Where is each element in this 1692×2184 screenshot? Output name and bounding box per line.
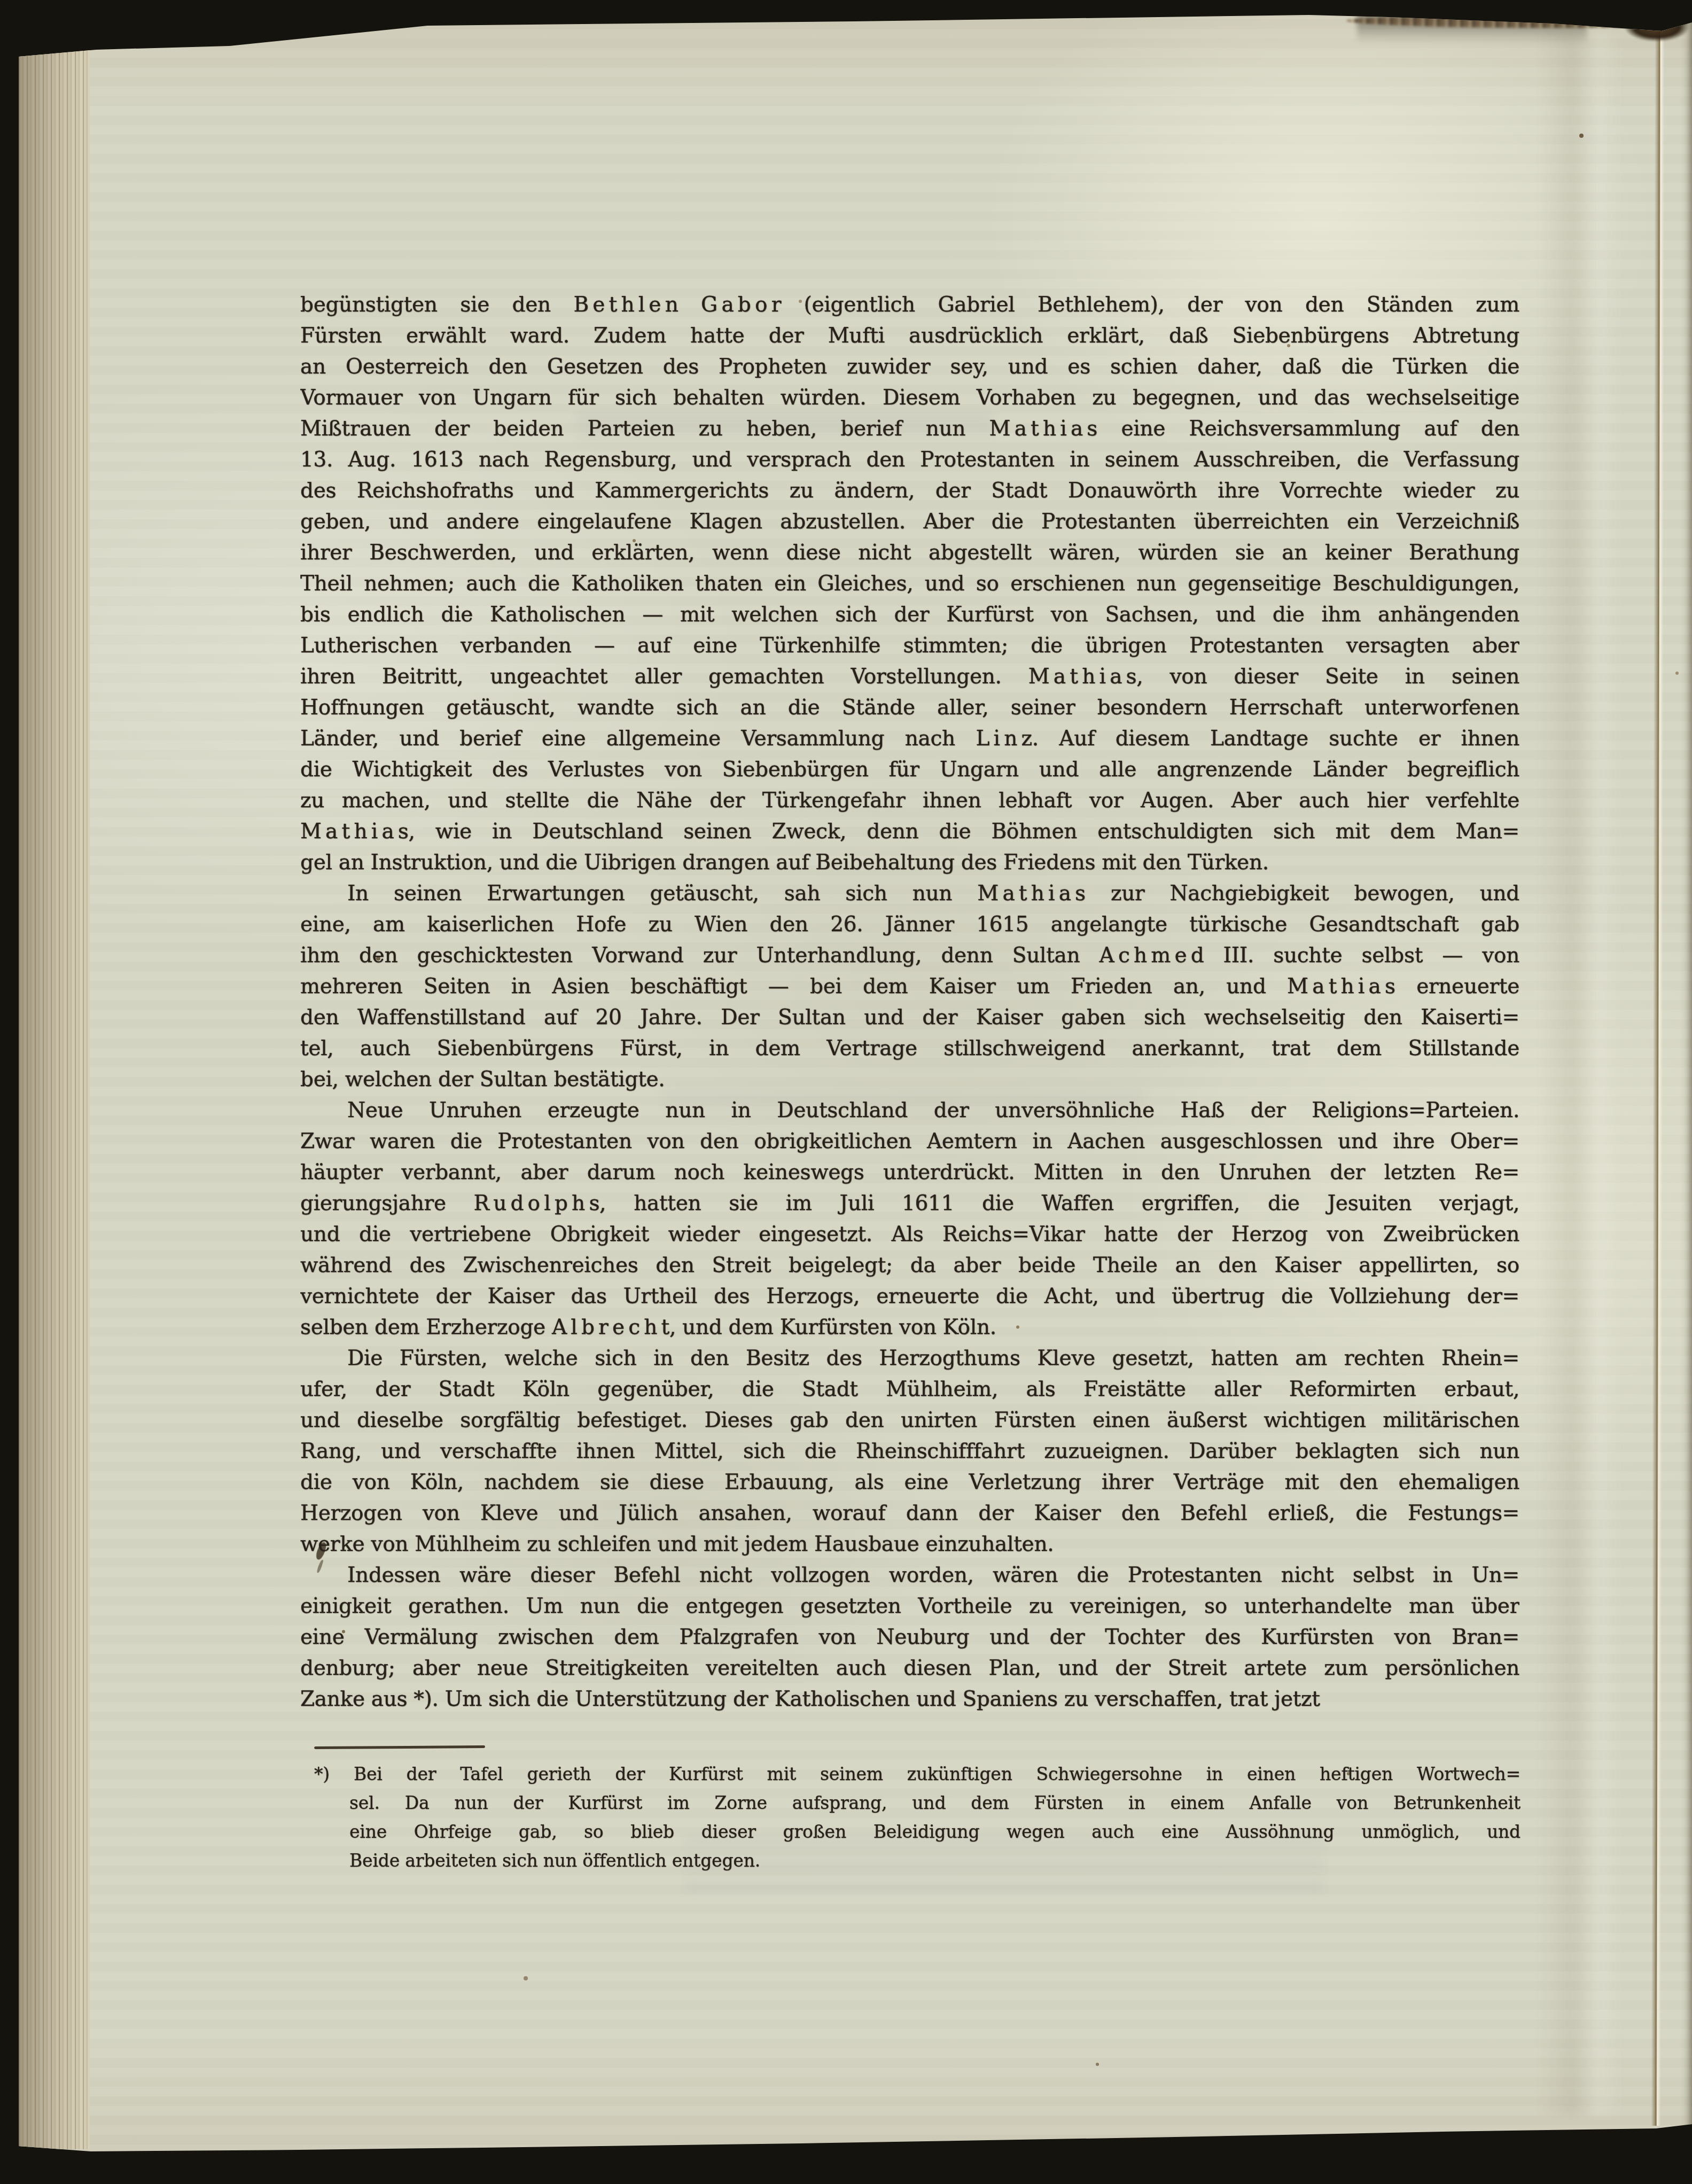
text-block: begünstigten sie den B e t h l e n G a b… [300, 290, 1519, 1715]
scanned-book-photo: begünstigten sie den B e t h l e n G a b… [0, 0, 1692, 2184]
paper-fold-shading [1539, 32, 1624, 2116]
text-line: Herzogen von Kleve und Jülich ansahen, w… [300, 1498, 1519, 1529]
text-line: ihrer Beschwerden, und erklärten, wenn d… [300, 537, 1519, 568]
paper-specks [0, 0, 2, 2]
text-line: tel, auch Siebenbürgens Fürst, in dem Ve… [300, 1033, 1519, 1064]
footnote-separator [314, 1745, 485, 1749]
text-line: vernichtete der Kaiser das Urtheil des H… [300, 1281, 1519, 1312]
text-line: Mißtrauen der beiden Parteien zu heben, … [300, 414, 1519, 444]
book-page: begünstigten sie den B e t h l e n G a b… [0, 0, 1692, 2184]
footnote-line: Beide arbeiteten sich nun öffentlich ent… [314, 1846, 1521, 1875]
text-line: und die vertriebene Obrigkeit wieder ein… [300, 1219, 1519, 1250]
text-line: 13. Aug. 1613 nach Regensburg, und versp… [300, 444, 1519, 475]
text-line: bis endlich die Katholischen — mit welch… [300, 599, 1519, 630]
paragraph: In seinen Erwartungen getäuscht, sah sic… [300, 878, 1519, 1095]
text-line: werke von Mühlheim zu schleifen und mit … [300, 1529, 1519, 1560]
text-line: geben, und andere eingelaufene Klagen ab… [300, 506, 1519, 537]
text-line: an Oesterreich den Gesetzen des Prophete… [300, 352, 1519, 383]
paragraph: Die Fürsten, welche sich in den Besitz d… [300, 1343, 1519, 1560]
text-line: begünstigten sie den B e t h l e n G a b… [300, 290, 1519, 321]
binding-corner-clump [1624, 13, 1689, 42]
text-line: gel an Instruktion, und die Uibrigen dra… [300, 847, 1519, 878]
text-line: Zanke aus *). Um sich die Unterstützung … [300, 1684, 1519, 1715]
text-line: bei, welchen der Sultan bestätigte. [300, 1064, 1519, 1095]
footnote-line: eine Ohrfeige gab, so blieb dieser große… [314, 1818, 1521, 1846]
text-line: die von Köln, nachdem sie diese Erbauung… [300, 1467, 1519, 1498]
footnote-line: *) Bei der Tafel gerieth der Kurfürst mi… [314, 1760, 1521, 1789]
text-line: denburg; aber neue Streitigkeiten vereit… [300, 1653, 1519, 1684]
text-line: einigkeit gerathen. Um nun die entgegen … [300, 1591, 1519, 1622]
page-edge-stack [19, 47, 90, 2149]
text-line: Lutherischen verbanden — auf eine Türken… [300, 630, 1519, 661]
text-line: Hoffnungen getäuscht, wandte sich an die… [300, 692, 1519, 723]
text-line: selben dem Erzherzoge A l b r e c h t, u… [300, 1312, 1519, 1343]
text-line: und dieselbe sorgfältig befestiget. Dies… [300, 1405, 1519, 1436]
footnote-block: *) Bei der Tafel gerieth der Kurfürst mi… [314, 1760, 1521, 1875]
text-line: Zwar waren die Protestanten von den obri… [300, 1126, 1519, 1157]
page-crease [1651, 29, 1665, 2126]
text-line: eine Vermälung zwischen dem Pfalzgrafen … [300, 1622, 1519, 1653]
text-line: In seinen Erwartungen getäuscht, sah sic… [300, 878, 1519, 909]
paragraph: begünstigten sie den B e t h l e n G a b… [300, 290, 1519, 878]
text-line: Neue Unruhen erzeugte nun in Deutschland… [300, 1095, 1519, 1126]
footnote-lines: *) Bei der Tafel gerieth der Kurfürst mi… [314, 1760, 1521, 1875]
paragraph: Neue Unruhen erzeugte nun in Deutschland… [300, 1095, 1519, 1343]
text-line: häupter verbannt, aber darum noch keines… [300, 1157, 1519, 1188]
text-line: eine, am kaiserlichen Hofe zu Wien den 2… [300, 909, 1519, 940]
text-line: ihm den geschicktesten Vorwand zur Unter… [300, 940, 1519, 971]
text-line: Fürsten erwählt ward. Zudem hatte der Mu… [300, 321, 1519, 352]
text-line: Vormauer von Ungarn für sich behalten wü… [300, 383, 1519, 414]
text-line: den Waffenstillstand auf 20 Jahre. Der S… [300, 1002, 1519, 1033]
text-line: die Wichtigkeit des Verlustes von Sieben… [300, 754, 1519, 785]
text-line: zu machen, und stellte die Nähe der Türk… [300, 785, 1519, 816]
text-line: mehreren Seiten in Asien beschäftigt — b… [300, 971, 1519, 1002]
text-line: Die Fürsten, welche sich in den Besitz d… [300, 1343, 1519, 1374]
text-line: Theil nehmen; auch die Katholiken thaten… [300, 568, 1519, 599]
text-line: Länder, und berief eine allgemeine Versa… [300, 723, 1519, 754]
text-line: ihren Beitritt, ungeachtet aller gemacht… [300, 661, 1519, 692]
paragraph: Indessen wäre dieser Befehl nicht vollzo… [300, 1560, 1519, 1715]
text-line: Rang, und verschaffte ihnen Mittel, sich… [300, 1436, 1519, 1467]
text-line: während des Zwischenreiches den Streit b… [300, 1250, 1519, 1281]
text-line: des Reichshofraths und Kammergerichts zu… [300, 475, 1519, 506]
text-line: ufer, der Stadt Köln gegenüber, die Stad… [300, 1374, 1519, 1405]
text-line: M a t h i a s, wie in Deutschland seinen… [300, 816, 1519, 847]
text-line: Indessen wäre dieser Befehl nicht vollzo… [300, 1560, 1519, 1591]
text-line: gierungsjahre R u d o l p h s, hatten si… [300, 1188, 1519, 1219]
footnote-line: sel. Da nun der Kurfürst im Zorne aufspr… [314, 1789, 1521, 1818]
